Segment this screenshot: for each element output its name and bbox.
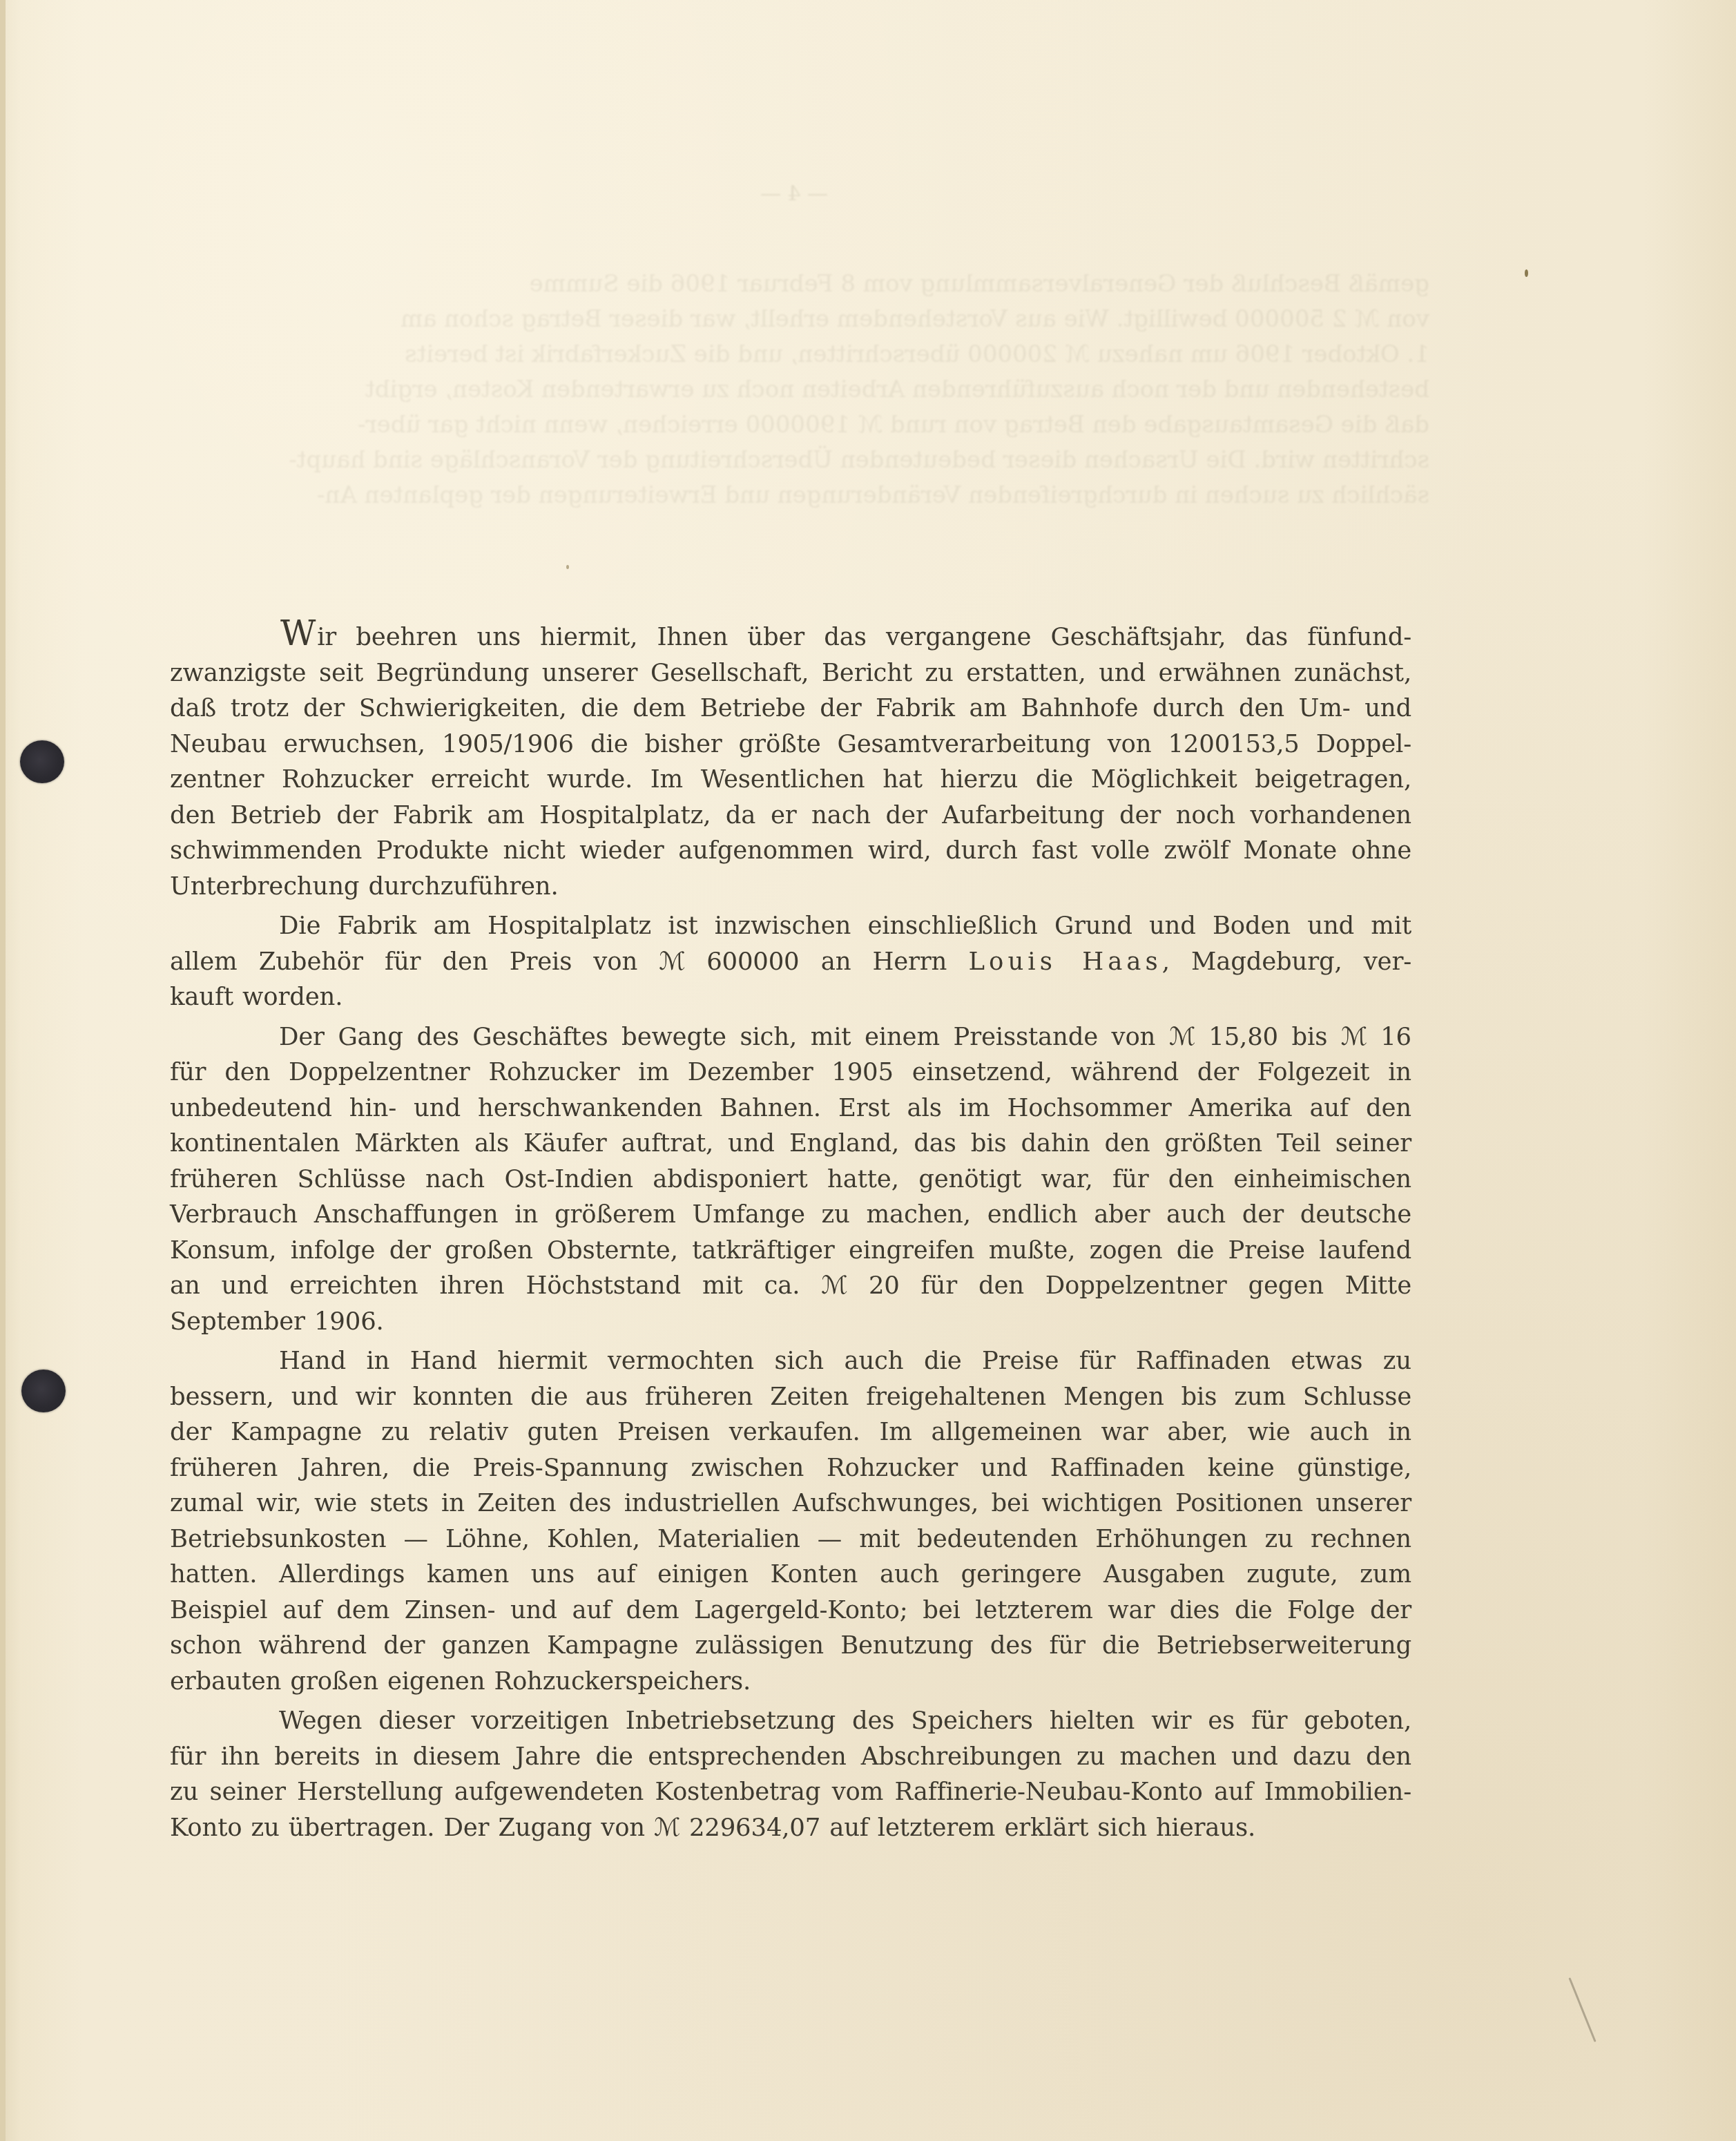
text-line: Wegen dieser vorzeitigen Inbetriebsetzun… [170, 1703, 1411, 1739]
showthrough-line: sächlich zu suchen in durchgreifenden Ve… [159, 478, 1429, 513]
text-line: zu seiner Herstellung aufgewendeten Kost… [170, 1774, 1411, 1810]
text-line: für den Doppelzentner Rohzucker im Dezem… [170, 1055, 1411, 1091]
text-line: Beispiel auf dem Zinsen- und auf dem Lag… [170, 1593, 1411, 1629]
text-line: bessern, und wir konnten die aus frühere… [170, 1379, 1411, 1415]
text-line: kontinentalen Märkten als Käufer auftrat… [170, 1126, 1411, 1162]
text-line: Konsum, infolge der großen Obsternte, ta… [170, 1233, 1411, 1269]
text-line: zumal wir, wie stets in Zeiten des indus… [170, 1486, 1411, 1521]
text-line: Unterbrechung durchzuführen. [170, 869, 1411, 905]
text-line: erbauten großen eigenen Rohzuckerspeiche… [170, 1664, 1411, 1700]
punch-hole-upper [20, 740, 64, 783]
text-line: schwimmenden Produkte nicht wieder aufge… [170, 833, 1411, 869]
punch-hole-lower [21, 1370, 66, 1412]
text-line: für ihn bereits in diesem Jahre die ents… [170, 1739, 1411, 1775]
text-line: allem Zubehör für den Preis von ℳ 600000… [170, 944, 1411, 980]
text-fragment: allem Zubehör für den Preis von ℳ 600000… [170, 948, 968, 976]
paragraph-2: Die Fabrik am Hospitalplatz ist inzwisch… [170, 908, 1411, 1015]
text-line: früheren Jahren, die Preis-Spannung zwis… [170, 1450, 1411, 1486]
paragraph-4: Hand in Hand hiermit vermochten sich auc… [170, 1343, 1411, 1699]
paper-speck [566, 565, 569, 569]
showthrough-page-number: — 4 — [159, 176, 1429, 211]
paragraph-5: Wegen dieser vorzeitigen Inbetriebsetzun… [170, 1703, 1411, 1845]
showthrough-line: daß die Gesamtausgabe den Betrag von run… [159, 407, 1429, 443]
text-line: Konto zu übertragen. Der Zugang von ℳ 22… [170, 1810, 1411, 1846]
text-line: September 1906. [170, 1304, 1411, 1340]
showthrough-line: bestehenden und der noch auszuführenden … [159, 372, 1429, 407]
text-line: Neubau erwuchsen, 1905/1906 die bisher g… [170, 727, 1411, 762]
text-line-content: ir beehren uns hiermit, Ihnen über das v… [317, 623, 1411, 651]
drop-cap: W [280, 613, 316, 653]
showthrough-line: von ℳ 2 500000 bewilligt. Wie aus Vorste… [159, 302, 1429, 337]
paragraph-1: Wir beehren uns hiermit, Ihnen über das … [170, 620, 1411, 904]
reverse-side-showthrough: — 4 — gemäß Beschluß der Generalversamml… [159, 176, 1429, 513]
text-fragment: , Magdeburg, ver- [1162, 948, 1411, 976]
paper-speck [1525, 269, 1528, 277]
text-line: Der Gang des Geschäftes bewegte sich, mi… [170, 1019, 1411, 1055]
text-line: unbedeutend hin- und herschwankenden Bah… [170, 1091, 1411, 1126]
buyer-name: Louis Haas [968, 948, 1161, 976]
text-line: den Betrieb der Fabrik am Hospitalplatz,… [170, 798, 1411, 834]
text-line: zentner Rohzucker erreicht wurde. Im Wes… [170, 762, 1411, 798]
text-line: an und erreichten ihren Höchststand mit … [170, 1268, 1411, 1304]
page-left-edge [0, 0, 6, 2141]
text-line: früheren Schlüsse nach Ost-Indien abdisp… [170, 1162, 1411, 1198]
text-line: schon während der ganzen Kampagne zuläss… [170, 1628, 1411, 1664]
text-line: Die Fabrik am Hospitalplatz ist inzwisch… [170, 908, 1411, 944]
text-line: Hand in Hand hiermit vermochten sich auc… [170, 1343, 1411, 1379]
text-line: kauft worden. [170, 979, 1411, 1015]
text-line: hatten. Allerdings kamen uns auf einigen… [170, 1557, 1411, 1593]
text-line: Betriebsunkosten — Löhne, Kohlen, Materi… [170, 1521, 1411, 1557]
text-line: der Kampagne zu relativ guten Preisen ve… [170, 1414, 1411, 1450]
text-line: zwanzigste seit Begründung unserer Gesel… [170, 655, 1411, 691]
text-line: Wir beehren uns hiermit, Ihnen über das … [170, 620, 1411, 655]
showthrough-line: schritten wird. Die Ursachen dieser bede… [159, 443, 1429, 478]
paragraph-3: Der Gang des Geschäftes bewegte sich, mi… [170, 1019, 1411, 1340]
showthrough-line: gemäß Beschluß der Generalversammlung vo… [159, 267, 1429, 302]
showthrough-line: 1. Oktober 1906 um nahezu ℳ 200000 übers… [159, 337, 1429, 372]
text-line: Verbrauch Anschaffungen in größerem Umfa… [170, 1197, 1411, 1233]
text-line: daß trotz der Schwierigkeiten, die dem B… [170, 691, 1411, 727]
body-text: Wir beehren uns hiermit, Ihnen über das … [170, 620, 1411, 1845]
